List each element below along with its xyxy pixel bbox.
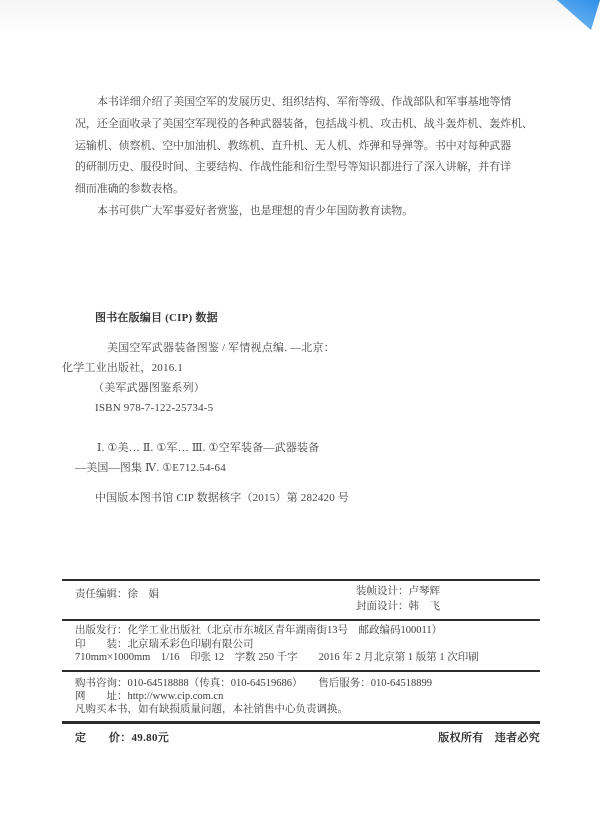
publishing-info-block: 出版发行：化学工业出版社（北京市东城区青年湖南街13号 邮政编码100011） … xyxy=(75,624,560,665)
editor-label: 责任编辑： xyxy=(75,589,128,600)
notice-line: 凡购买本书，如有缺损质量问题，本社销售中心负责调换。 xyxy=(75,703,560,716)
contact-info-block: 购书咨询：010-64518888（传真：010-64519686） 售后服务：… xyxy=(75,677,560,716)
printer-line: 印 装：北京瑞禾彩色印刷有限公司 xyxy=(75,638,560,652)
website-line: 网 址：http://www.cip.com.cn xyxy=(75,690,560,703)
divider-rule-thick xyxy=(62,721,540,724)
cip-data-block: 图书在版编目 (CIP) 数据 美国空军武器装备图鉴 / 军情视点编. —北京：… xyxy=(62,308,542,508)
editor-name: 徐 娟 xyxy=(128,589,160,600)
format-line: 710mm×1000mm 1/16 印张 12 字数 250 千字 2016 年… xyxy=(75,651,560,665)
cip-record-number-line: 中国版本图书馆 CIP 数据核字（2015）第 282420 号 xyxy=(95,488,542,508)
price-value: 49.80元 xyxy=(132,732,170,744)
divider-rule xyxy=(62,579,540,581)
summary-line: 况，还全面收录了美国空军现役的各种武器装备，包括战斗机、攻击机、战斗轰炸机、轰炸… xyxy=(75,114,542,136)
phone-line: 购书咨询：010-64518888（传真：010-64519686） 售后服务：… xyxy=(75,677,560,690)
price-label: 定 价： xyxy=(75,732,132,744)
summary-line: 本书可供广大军事爱好者赏鉴，也是理想的青少年国防教育读物。 xyxy=(75,201,542,223)
summary-line: 细而准确的参数表格。 xyxy=(75,179,542,201)
book-cover-corner-decoration xyxy=(555,0,600,31)
cip-heading: 图书在版编目 (CIP) 数据 xyxy=(95,308,542,328)
design-name: 卢琴辉 xyxy=(409,586,441,597)
responsible-editor: 责任编辑：徐 娟 xyxy=(75,588,159,602)
price: 定 价：49.80元 xyxy=(62,729,169,745)
rights-notice: 版权所有 违者必究 xyxy=(438,729,540,745)
book-summary-paragraph: 本书详细介绍了美国空军的发展历史、组织结构、军衔等级、作战部队和军事基地等情 况… xyxy=(75,92,542,223)
summary-line: 运输机、侦察机、空中加油机、教练机、直升机、无人机、炸弹和导弹等。书中对每种武器 xyxy=(75,136,542,158)
design-credits: 装帧设计：卢琴辉 封面设计：韩 飞 xyxy=(356,585,440,615)
cip-isbn-line: ISBN 978-7-122-25734-5 xyxy=(95,398,542,418)
summary-line: 本书详细介绍了美国空军的发展历史、组织结构、军衔等级、作战部队和军事基地等情 xyxy=(75,92,542,114)
cover-name: 韩 飞 xyxy=(409,601,441,612)
divider-rule xyxy=(62,619,540,621)
cover-designer: 封面设计：韩 飞 xyxy=(356,600,440,614)
copyright-page: 本书详细介绍了美国空军的发展历史、组织结构、军衔等级、作战部队和军事基地等情 况… xyxy=(0,0,600,839)
cover-label: 封面设计： xyxy=(356,601,409,612)
cip-publisher-line: 化学工业出版社，2016.1 xyxy=(62,358,542,378)
cip-classification-line: —美国—图集 Ⅳ. ①E712.54-64 xyxy=(75,458,542,478)
publisher-line: 出版发行：化学工业出版社（北京市东城区青年湖南街13号 邮政编码100011） xyxy=(75,624,560,638)
cip-series-line: （美军武器图鉴系列） xyxy=(93,378,542,398)
design-label: 装帧设计： xyxy=(356,586,409,597)
price-rights-row: 定 价：49.80元 版权所有 违者必究 xyxy=(62,729,540,745)
cip-classification-line: Ⅰ. ①美… Ⅱ. ①军… Ⅲ. ①空军装备—武器装备 xyxy=(97,438,542,458)
cip-title-line: 美国空军武器装备图鉴 / 军情视点编. —北京： xyxy=(107,338,542,358)
summary-line: 的研制历史、服役时间、主要结构、作战性能和衍生型号等知识都进行了深入讲解，并有详 xyxy=(75,157,542,179)
divider-rule xyxy=(62,670,540,672)
binding-designer: 装帧设计：卢琴辉 xyxy=(356,585,440,599)
